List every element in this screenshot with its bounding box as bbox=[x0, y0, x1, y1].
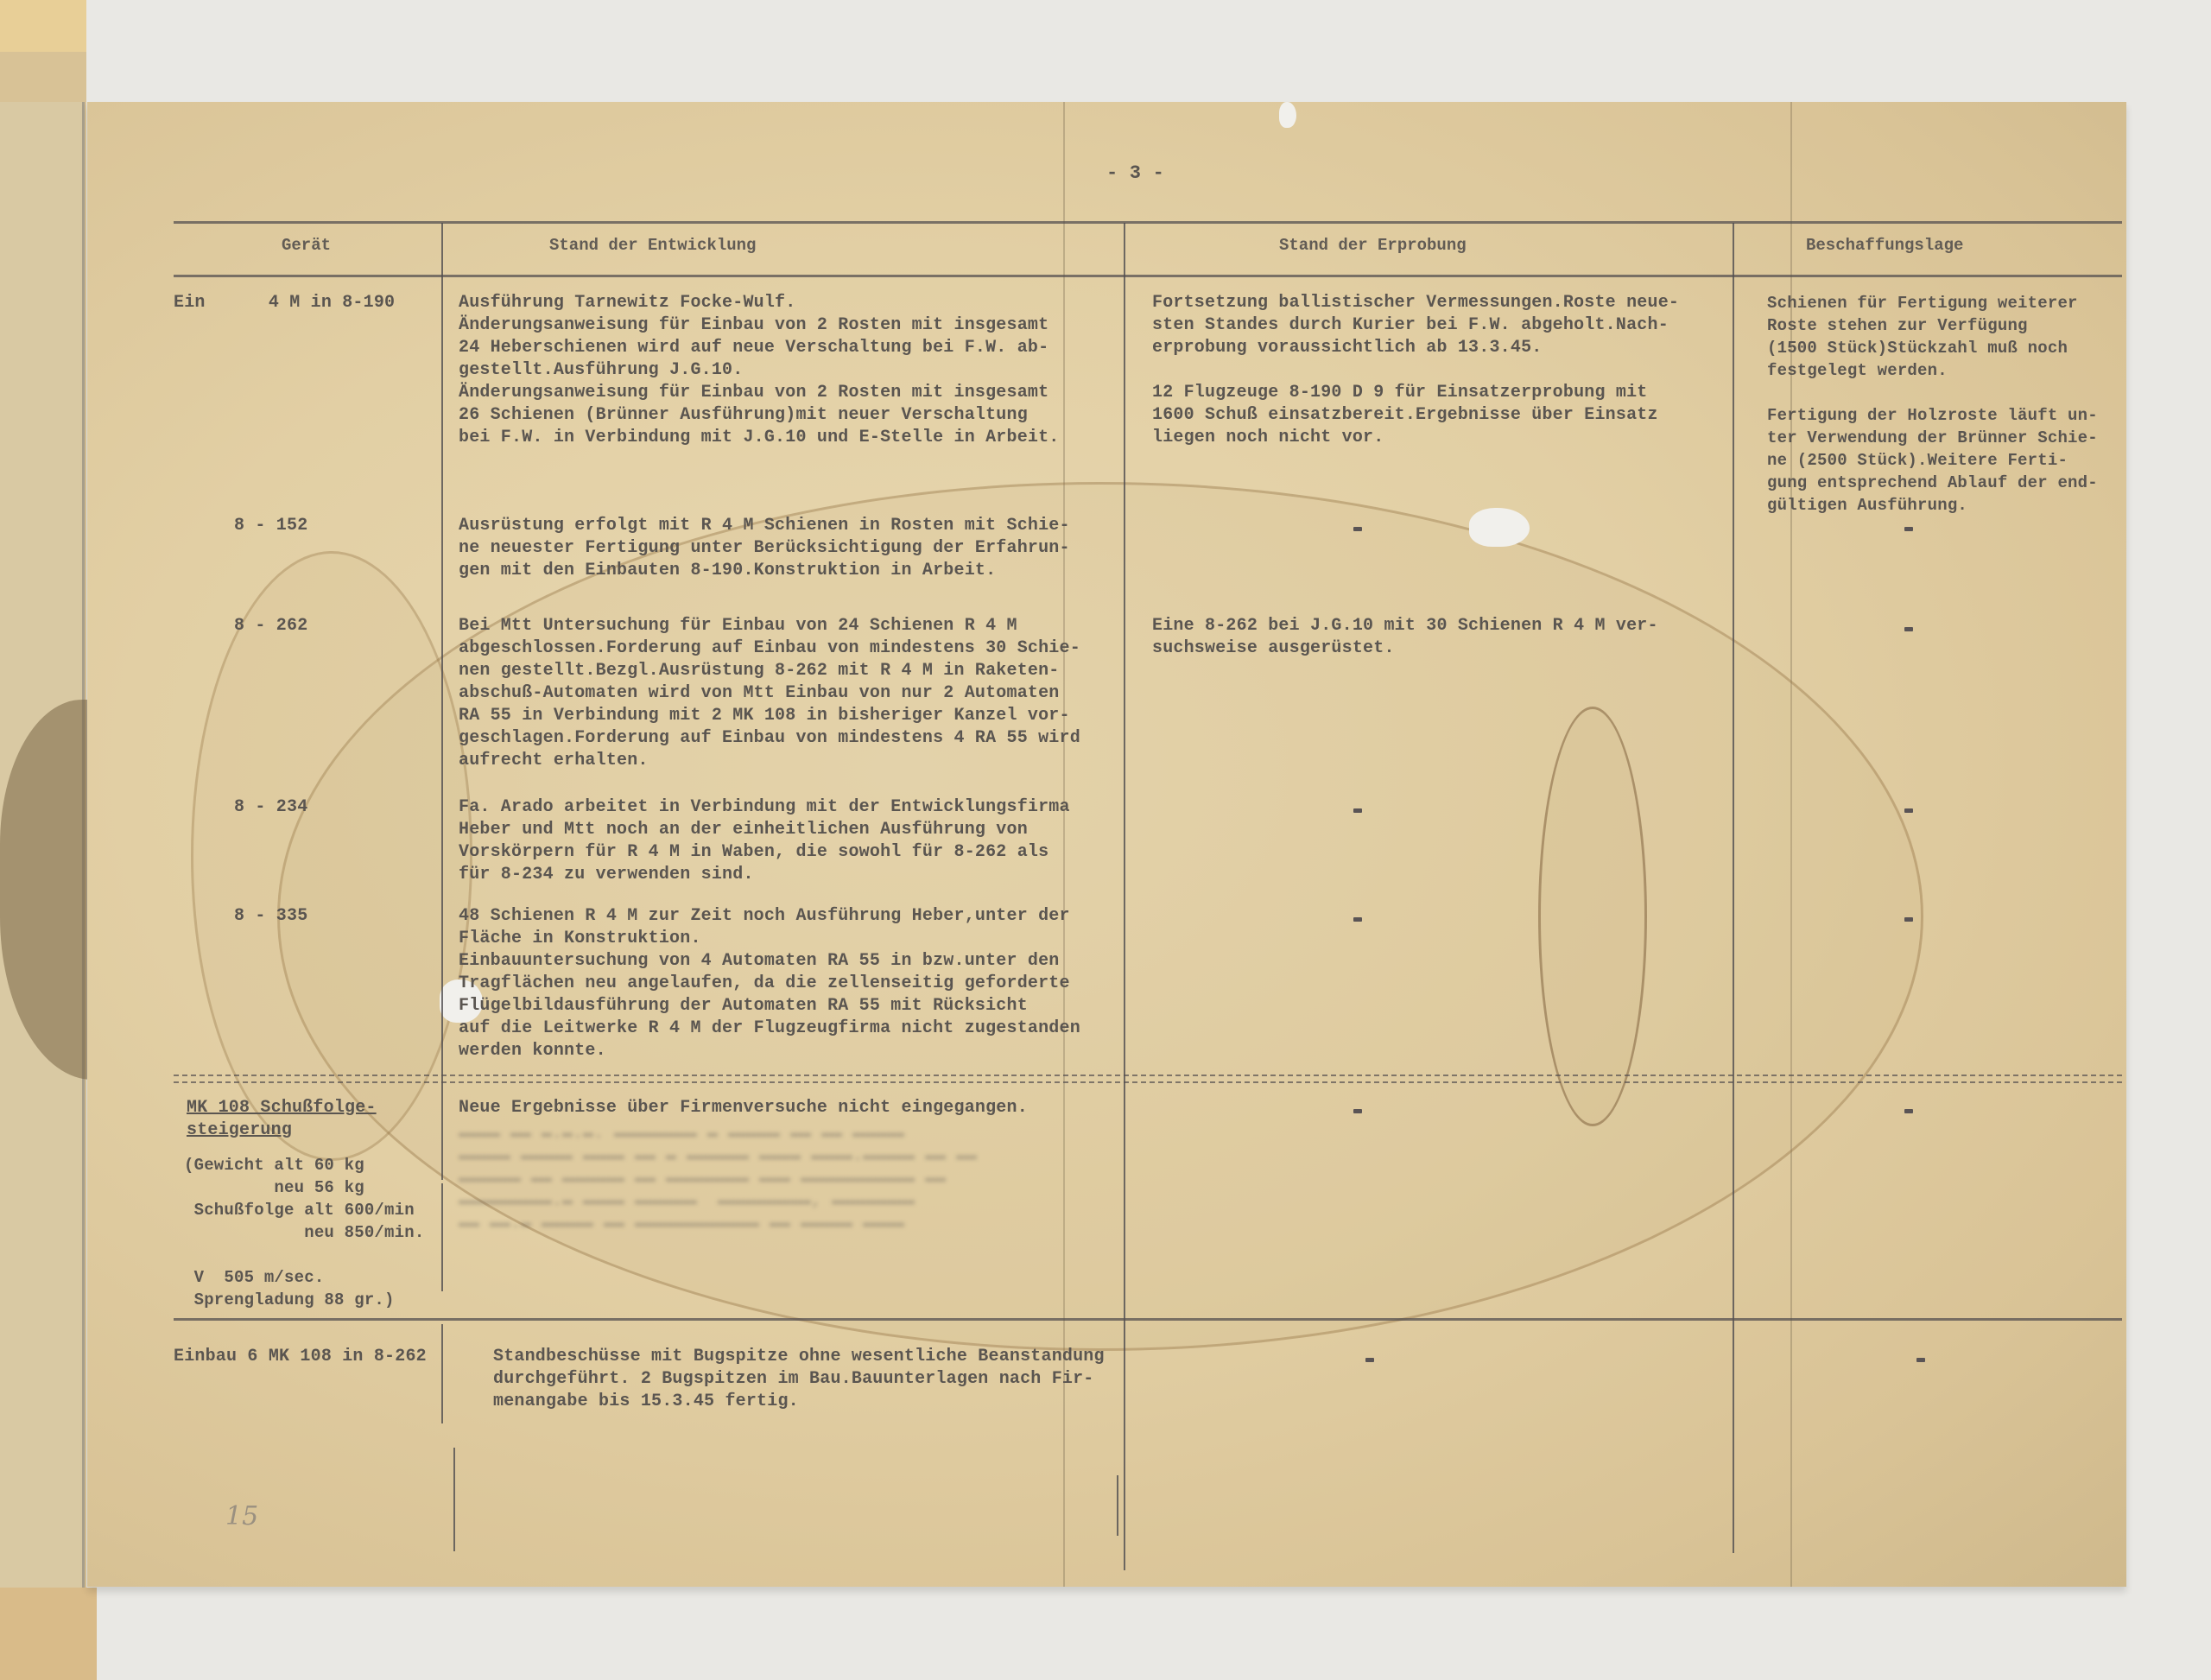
row-entwicklung: Standbeschüsse mit Bugspitze ohne wesent… bbox=[493, 1346, 1105, 1413]
dash-mark bbox=[1916, 1358, 1925, 1362]
column-divider bbox=[1733, 223, 1734, 1553]
row-geraet: 8 - 262 bbox=[234, 615, 307, 637]
row-entwicklung: Ausführung Tarnewitz Focke-Wulf. Änderun… bbox=[459, 292, 1060, 449]
page-number: - 3 - bbox=[1106, 162, 1164, 185]
row-geraet: Einbau 6 MK 108 in 8-262 bbox=[174, 1346, 427, 1368]
table-top-rule bbox=[174, 221, 2122, 224]
row-geraet-specs: (Gewicht alt 60 kg neu 56 kg Schußfolge … bbox=[184, 1154, 424, 1311]
column-divider bbox=[441, 1324, 443, 1423]
column-divider bbox=[441, 223, 443, 1180]
background-strip-bottom bbox=[0, 1588, 97, 1680]
row-geraet: Ein 4 M in 8-190 bbox=[174, 292, 395, 314]
column-divider bbox=[441, 1183, 443, 1291]
row-entwicklung: Fa. Arado arbeitet in Verbindung mit der… bbox=[459, 796, 1070, 886]
dash-mark bbox=[1904, 627, 1913, 631]
row-entwicklung: Ausrüstung erfolgt mit R 4 M Schienen in… bbox=[459, 515, 1070, 582]
dash-mark bbox=[1904, 808, 1913, 813]
dash-mark bbox=[1365, 1358, 1374, 1362]
section-rule bbox=[174, 1318, 2122, 1321]
column-divider bbox=[453, 1448, 455, 1551]
pencil-folio-number: 15 bbox=[225, 1501, 258, 1531]
row-entwicklung: 48 Schienen R 4 M zur Zeit noch Ausführu… bbox=[459, 905, 1080, 1062]
header-entwicklung: Stand der Entwicklung bbox=[549, 236, 756, 255]
dash-mark bbox=[1353, 1109, 1362, 1113]
header-beschaffung: Beschaffungslage bbox=[1806, 236, 1963, 255]
row-beschaffung: Schienen für Fertigung weiterer Roste st… bbox=[1767, 292, 2098, 517]
dash-mark bbox=[1904, 1109, 1913, 1113]
water-stain bbox=[191, 551, 472, 1161]
header-geraet: Gerät bbox=[282, 236, 331, 255]
water-stain bbox=[1538, 707, 1647, 1126]
column-divider bbox=[1117, 1475, 1118, 1536]
dash-mark bbox=[1353, 527, 1362, 531]
row-erprobung: Eine 8-262 bei J.G.10 mit 30 Schienen R … bbox=[1152, 615, 1658, 660]
dash-mark bbox=[1904, 917, 1913, 922]
paper-tear bbox=[1279, 102, 1296, 128]
section-separator bbox=[174, 1075, 2122, 1083]
row-entwicklung: Bei Mtt Untersuchung für Einbau von 24 S… bbox=[459, 615, 1080, 772]
row-entwicklung: Neue Ergebnisse über Firmenversuche nich… bbox=[459, 1097, 1028, 1119]
row-geraet: 8 - 234 bbox=[234, 796, 307, 819]
background-tab bbox=[0, 0, 86, 52]
row-geraet: 8 - 335 bbox=[234, 905, 307, 928]
dash-mark bbox=[1353, 808, 1362, 813]
document-page: - 3 - Gerät Stand der Entwicklung Stand … bbox=[87, 102, 2126, 1587]
dash-mark bbox=[1353, 917, 1362, 922]
row-geraet-title: MK 108 Schußfolge- steigerung bbox=[187, 1097, 377, 1142]
bleed-through-text: ▬▬▬▬ ▬▬ ▬.▬.▬. ▬▬▬▬▬▬▬▬ ▬ ▬▬▬▬▬ ▬▬ ▬▬ ▬▬… bbox=[459, 1123, 977, 1235]
header-bottom-rule bbox=[174, 275, 2122, 277]
row-geraet: 8 - 152 bbox=[234, 515, 307, 537]
row-erprobung: Fortsetzung ballistischer Vermessungen.R… bbox=[1152, 292, 1679, 449]
dash-mark bbox=[1904, 527, 1913, 531]
paper-hole bbox=[1469, 508, 1530, 547]
header-erprobung: Stand der Erprobung bbox=[1279, 236, 1467, 255]
column-divider bbox=[1124, 223, 1125, 1570]
